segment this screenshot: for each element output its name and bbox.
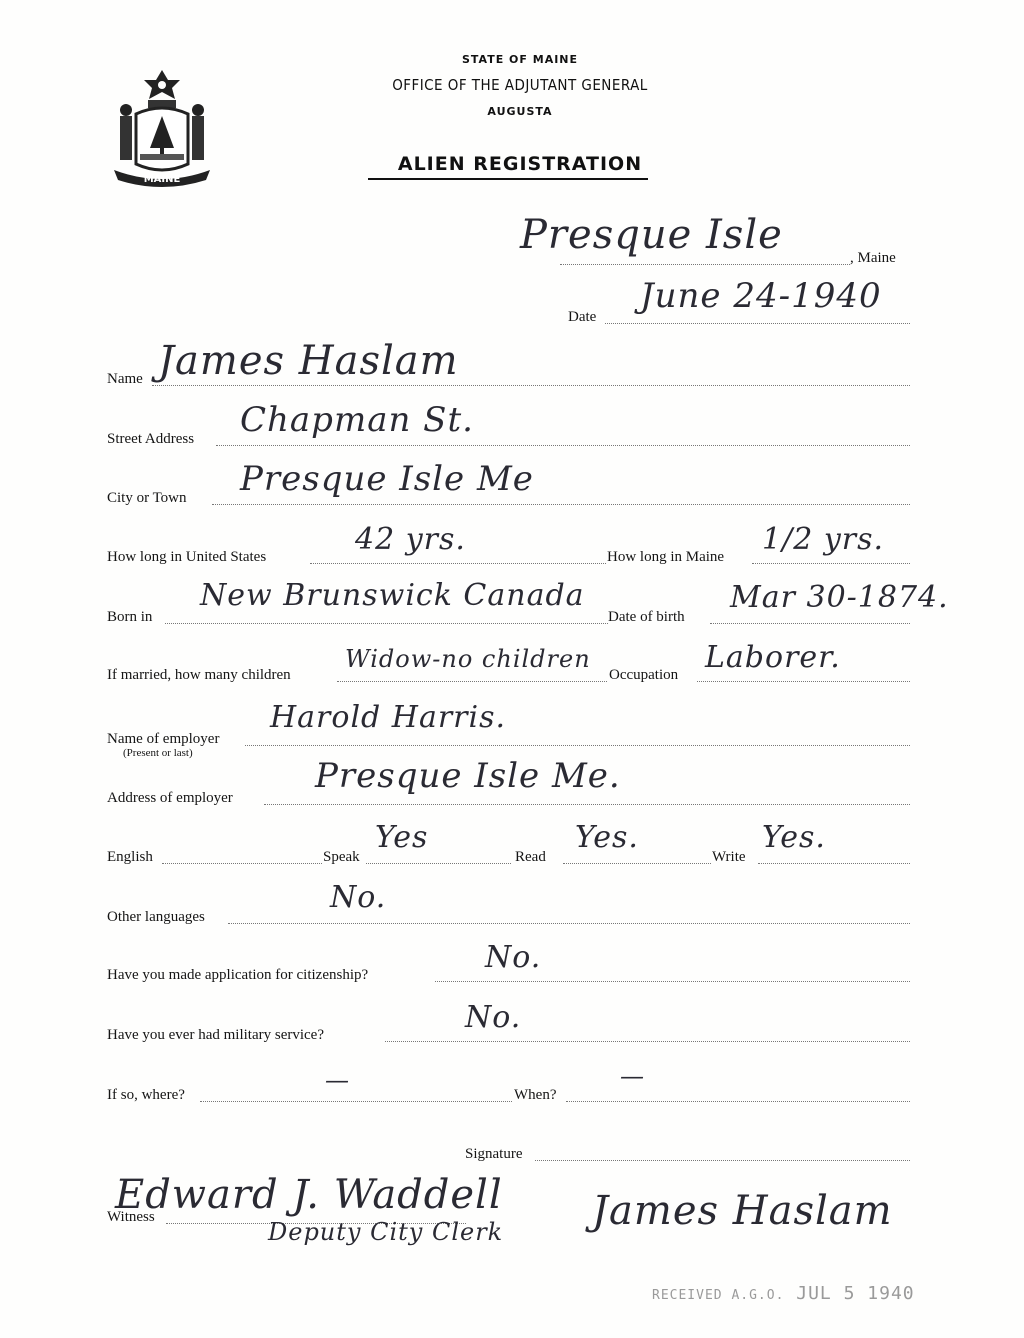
employer-address-label: Address of employer [107,790,233,807]
write-line [758,863,910,864]
how-long-maine-value[interactable]: 1/2 yrs. [762,522,884,557]
date-value[interactable]: June 24-1940 [640,276,882,316]
date-of-birth-value[interactable]: Mar 30-1874. [730,580,949,615]
read-label: Read [515,849,546,866]
children-value[interactable]: Widow-no children [345,645,591,673]
other-languages-line [228,923,910,924]
military-label: Have you ever had military service? [107,1027,324,1044]
city-label: City or Town [107,490,187,507]
occupation-value[interactable]: Laborer. [705,640,841,675]
witness-title: Deputy City Clerk [268,1218,503,1246]
place-value[interactable]: Presque Isle [520,212,783,258]
born-in-line [165,623,608,624]
how-long-us-line [310,563,606,564]
name-value[interactable]: James Haslam [158,338,459,384]
english-line [162,863,322,864]
occupation-label: Occupation [609,667,678,684]
employer-address-value[interactable]: Presque Isle Me. [315,756,621,796]
read-value[interactable]: Yes. [575,820,639,855]
date-label: Date [568,309,596,326]
other-languages-label: Other languages [107,909,205,926]
citizenship-label: Have you made application for citizenshi… [107,967,368,984]
name-label: Name [107,371,143,388]
born-in-value[interactable]: New Brunswick Canada [200,578,585,613]
employer-name-value[interactable]: Harold Harris. [270,700,506,735]
header-office: OFFICE OF THE ADJUTANT GENERAL [59,76,981,94]
occupation-line [697,681,910,682]
street-address-value[interactable]: Chapman St. [240,400,474,440]
when-label: When? [514,1087,556,1104]
write-value[interactable]: Yes. [762,820,826,855]
street-address-line [216,445,910,446]
read-line [563,863,711,864]
where-label: If so, where? [107,1087,185,1104]
date-line [605,323,910,324]
speak-line [366,863,511,864]
header-state: STATE OF MAINE [8,53,1024,66]
svg-text:MAINE: MAINE [144,174,181,185]
speak-label: Speak [323,849,360,866]
citizenship-value[interactable]: No. [485,940,541,975]
street-address-label: Street Address [107,431,194,448]
when-line [566,1101,910,1102]
form-title: ALIEN REGISTRATION [8,153,1024,175]
received-stamp: RECEIVED A.G.O. JUL 5 1940 [652,1283,915,1304]
header-city: AUGUSTA [8,105,1024,118]
city-value[interactable]: Presque Isle Me [240,459,534,499]
place-line [560,264,850,265]
stamp-prefix: RECEIVED A.G.O. [652,1288,784,1303]
employer-name-label: Name of employer [107,731,219,748]
name-line [152,385,910,386]
born-in-label: Born in [107,609,152,626]
other-languages-value[interactable]: No. [330,880,386,915]
signature-line [535,1160,910,1161]
when-value[interactable]: — [620,1062,645,1090]
date-of-birth-label: Date of birth [608,609,685,626]
place-suffix: , Maine [850,250,896,267]
title-underline [368,178,648,180]
how-long-us-label: How long in United States [107,549,266,566]
military-line [385,1041,910,1042]
signature-value[interactable]: James Haslam [592,1188,893,1234]
date-of-birth-line [710,623,910,624]
city-line [212,504,910,505]
employer-name-line [245,745,910,746]
how-long-us-value[interactable]: 42 yrs. [355,522,466,557]
write-label: Write [712,849,746,866]
military-value[interactable]: No. [465,1000,521,1035]
children-line [337,681,607,682]
where-value[interactable]: — [325,1066,350,1094]
how-long-maine-label: How long in Maine [607,549,724,566]
witness-value[interactable]: Edward J. Waddell [115,1172,503,1218]
how-long-maine-line [752,563,910,564]
where-line [200,1101,512,1102]
children-label: If married, how many children [107,667,291,684]
english-label: English [107,849,153,866]
employer-address-line [264,804,910,805]
citizenship-line [435,981,910,982]
alien-registration-form: MAINE STATE OF MAINE OFFICE OF THE ADJUT… [0,0,1024,1338]
stamp-date: JUL 5 1940 [796,1283,914,1304]
speak-value[interactable]: Yes [375,820,428,855]
signature-label: Signature [465,1146,523,1163]
employer-name-sublabel: (Present or last) [123,747,193,759]
